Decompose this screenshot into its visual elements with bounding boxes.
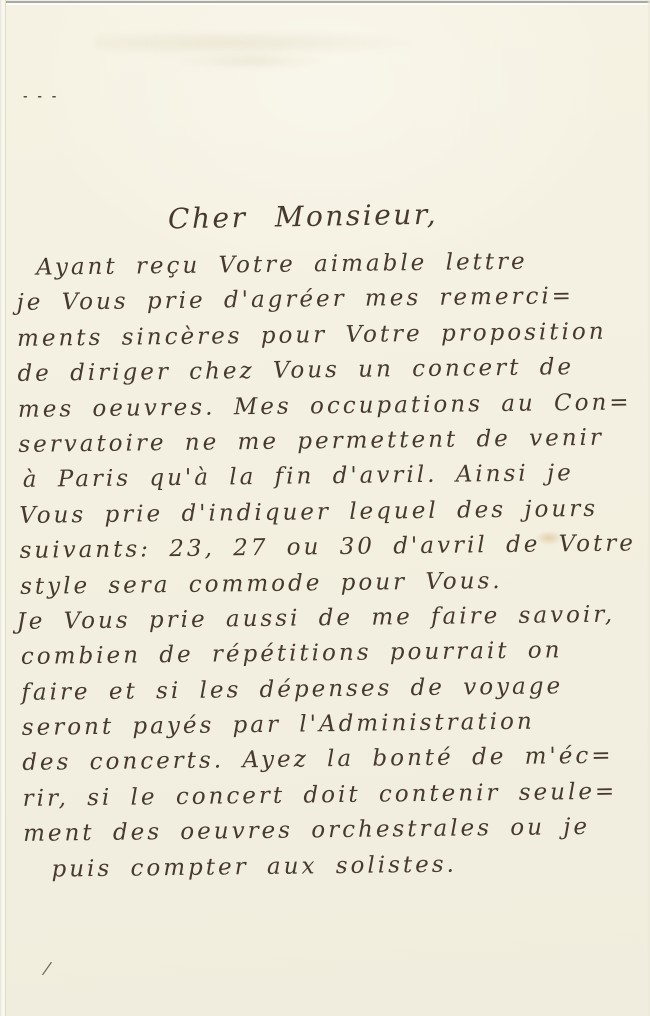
salutation-text: Cher Monsieur, (168, 198, 439, 236)
bleed-through-smudge (170, 52, 330, 70)
letter-body: Ayant reçu Votre aimable lettre je Vous … (10, 243, 650, 888)
stray-pen-mark: / (43, 959, 51, 980)
letter-page: - - - Cher Monsieur, Ayant reçu Votre ai… (0, 0, 650, 1016)
scan-edge-left (0, 0, 6, 1016)
handwriting-line: puis compter aux solistes. (17, 845, 650, 888)
scan-edge-top-light (0, 3, 650, 5)
top-left-pen-marks: - - - (23, 90, 59, 103)
